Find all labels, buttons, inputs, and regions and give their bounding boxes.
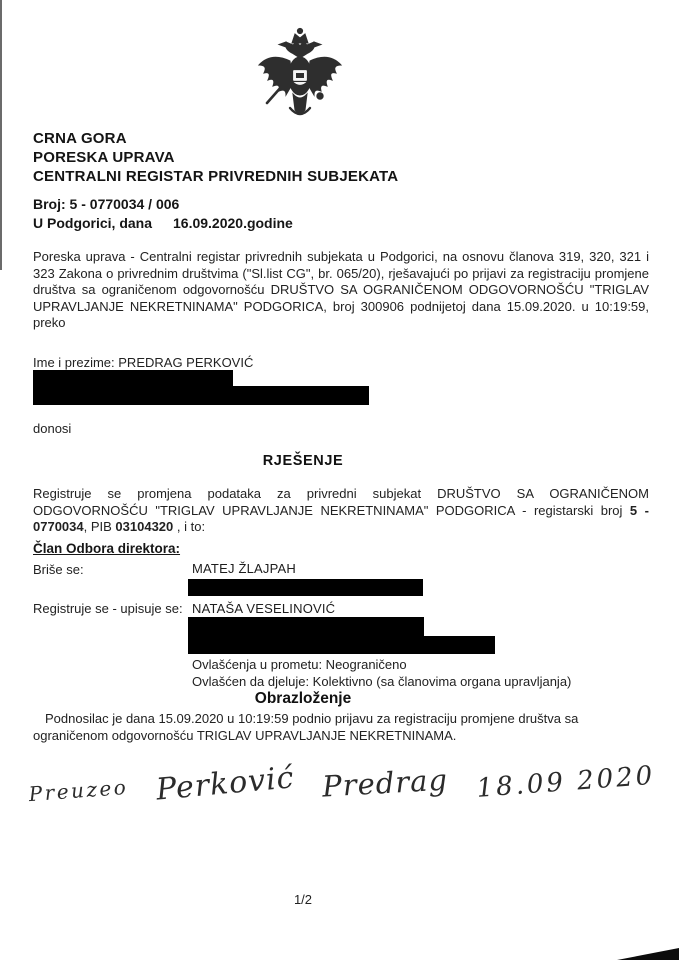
reference-number: Broj: 5 - 0770034 / 006 bbox=[33, 196, 179, 212]
reference-date: 16.09.2020.godine bbox=[173, 215, 293, 231]
handwritten-note: Preuzeo Perković Predrag 18.09 2020 bbox=[28, 757, 655, 805]
letterhead-registry: CENTRALNI REGISTAR PRIVREDNIH SUBJEKATA bbox=[33, 167, 513, 186]
explanation-heading: Obrazloženje bbox=[33, 690, 573, 708]
register-row-label: Registruje se - upisuje se: bbox=[33, 601, 183, 616]
scan-edge-artifact bbox=[0, 0, 2, 270]
letterhead: CRNA GORA PORESKA UPRAVA CENTRALNI REGIS… bbox=[33, 129, 513, 186]
decision-text: , PIB bbox=[84, 519, 116, 534]
handwritten-word: Predrag bbox=[321, 763, 449, 804]
handwritten-word: Perković bbox=[154, 760, 295, 807]
letterhead-country: CRNA GORA bbox=[33, 129, 513, 148]
redaction-bar bbox=[188, 579, 423, 596]
intro-paragraph: Poreska uprava - Centralni registar priv… bbox=[33, 249, 649, 332]
redaction-bar bbox=[188, 636, 495, 654]
delete-row-name: MATEJ ŽLAJPAH bbox=[192, 561, 296, 576]
scanned-document-page: CRNA GORA PORESKA UPRAVA CENTRALNI REGIS… bbox=[0, 0, 679, 960]
authority-line: Ovlašćenja u prometu: Neograničeno bbox=[192, 657, 407, 674]
redaction-bar bbox=[33, 386, 369, 405]
explanation-paragraph: Podnosilac je dana 15.09.2020 u 10:19:59… bbox=[33, 711, 585, 744]
coat-of-arms-icon bbox=[252, 26, 348, 133]
decision-heading: RJEŠENJE bbox=[33, 453, 573, 469]
submitter-name: PREDRAG PERKOVIĆ bbox=[118, 355, 253, 370]
delete-row-label: Briše se: bbox=[33, 562, 84, 577]
register-row-name: NATAŠA VESELINOVIĆ bbox=[192, 601, 335, 616]
page-number: 1/2 bbox=[33, 892, 573, 907]
authority-line: Ovlašćen da djeluje: Kolektivno (sa član… bbox=[192, 674, 571, 691]
scan-corner-artifact bbox=[617, 948, 679, 960]
handwritten-date: 18.09 2020 bbox=[476, 761, 657, 804]
letterhead-agency: PORESKA UPRAVA bbox=[33, 148, 513, 167]
decision-paragraph: Registruje se promjena podataka za privr… bbox=[33, 486, 649, 536]
donosi-text: donosi bbox=[33, 421, 71, 438]
submitter-label: Ime i prezime: bbox=[33, 355, 115, 370]
section-heading: Član Odbora direktora: bbox=[33, 541, 180, 556]
handwritten-word: Preuzeo bbox=[28, 775, 129, 806]
redaction-bar bbox=[33, 370, 233, 386]
reference-place: U Podgorici, dana bbox=[33, 215, 152, 231]
decision-text: Registruje se promjena podataka za privr… bbox=[33, 486, 649, 518]
redaction-bar bbox=[188, 617, 424, 636]
pib-number: 03104320 bbox=[115, 519, 173, 534]
decision-text: , i to: bbox=[173, 519, 205, 534]
